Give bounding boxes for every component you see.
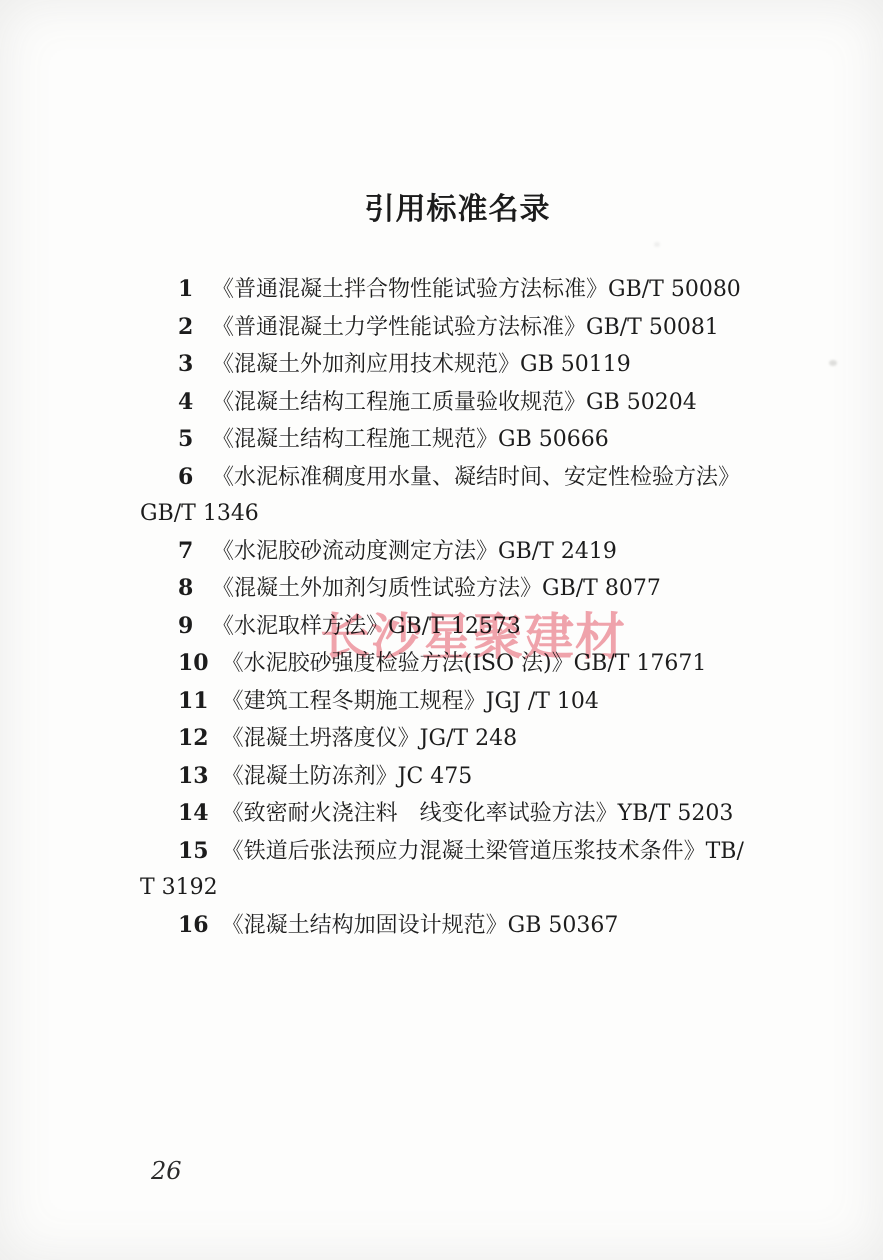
scan-speck [654, 242, 660, 247]
item-text: GB/T 1346 [140, 501, 259, 526]
list-item-continuation: GB/T 1346 [140, 496, 780, 533]
item-number: 3 [178, 346, 199, 383]
item-number: 6 [178, 459, 199, 496]
item-number: 10 [178, 645, 209, 682]
item-text: 《致密耐火浇注料 线变化率试验方法》YB/T 5203 [222, 801, 734, 826]
item-text: 《混凝土结构工程施工质量验收规范》GB 50204 [212, 390, 697, 415]
list-item: 4《混凝土结构工程施工质量验收规范》GB 50204 [140, 384, 780, 422]
list-item: 2《普通混凝土力学性能试验方法标准》GB/T 50081 [140, 309, 780, 347]
item-number: 4 [178, 384, 199, 421]
item-text: 《普通混凝土力学性能试验方法标准》GB/T 50081 [212, 315, 719, 340]
item-number: 13 [178, 758, 209, 795]
item-number: 5 [178, 421, 199, 458]
page-number: 26 [151, 1157, 182, 1185]
item-number: 9 [178, 608, 199, 645]
item-number: 2 [178, 309, 199, 346]
list-item: 3《混凝土外加剂应用技术规范》GB 50119 [140, 346, 780, 384]
list-item: 6《水泥标准稠度用水量、凝结时间、安定性检验方法》 [140, 459, 780, 497]
list-item: 13《混凝土防冻剂》JC 475 [140, 758, 780, 796]
item-text: 《混凝土防冻剂》JC 475 [222, 764, 473, 789]
item-text: 《混凝土结构工程施工规范》GB 50666 [212, 427, 609, 452]
list-item: 11《建筑工程冬期施工规程》JGJ /T 104 [140, 683, 780, 721]
item-text: 《普通混凝土拌合物性能试验方法标准》GB/T 50080 [212, 277, 741, 302]
list-item-continuation: T 3192 [140, 870, 780, 907]
list-item: 14《致密耐火浇注料 线变化率试验方法》YB/T 5203 [140, 795, 780, 833]
item-number: 11 [178, 683, 209, 720]
item-number: 7 [178, 533, 199, 570]
list-item: 12《混凝土坍落度仪》JG/T 248 [140, 720, 780, 758]
item-text: 《水泥胶砂流动度测定方法》GB/T 2419 [212, 539, 617, 564]
item-number: 14 [178, 795, 209, 832]
item-text: 《建筑工程冬期施工规程》JGJ /T 104 [222, 689, 599, 714]
item-text: 《混凝土外加剂应用技术规范》GB 50119 [212, 352, 631, 377]
item-number: 12 [178, 720, 209, 757]
item-text: 《水泥标准稠度用水量、凝结时间、安定性检验方法》 [212, 465, 740, 490]
scan-speck [829, 360, 837, 366]
list-item: 16《混凝土结构加固设计规范》GB 50367 [140, 907, 780, 945]
list-item: 1《普通混凝土拌合物性能试验方法标准》GB/T 50080 [140, 271, 780, 309]
item-text: 《混凝土结构加固设计规范》GB 50367 [222, 913, 619, 938]
item-text: 《铁道后张法预应力混凝土梁管道压浆技术条件》TB/ [222, 839, 744, 864]
item-text: T 3192 [140, 875, 218, 900]
page-title: 引用标准名录 [16, 184, 883, 228]
list-item: 15《铁道后张法预应力混凝土梁管道压浆技术条件》TB/ [140, 833, 780, 871]
scanned-document-page: 引用标准名录 1《普通混凝土拌合物性能试验方法标准》GB/T 50080 2《普… [0, 0, 883, 1260]
list-item: 7《水泥胶砂流动度测定方法》GB/T 2419 [140, 533, 780, 571]
vendor-watermark: 长沙星聚建材 [320, 597, 626, 669]
item-number: 15 [178, 833, 209, 870]
item-number: 1 [178, 271, 199, 308]
item-number: 16 [178, 907, 209, 944]
item-text: 《混凝土坍落度仪》JG/T 248 [222, 726, 517, 751]
list-item: 5《混凝土结构工程施工规范》GB 50666 [140, 421, 780, 459]
item-number: 8 [178, 570, 199, 607]
